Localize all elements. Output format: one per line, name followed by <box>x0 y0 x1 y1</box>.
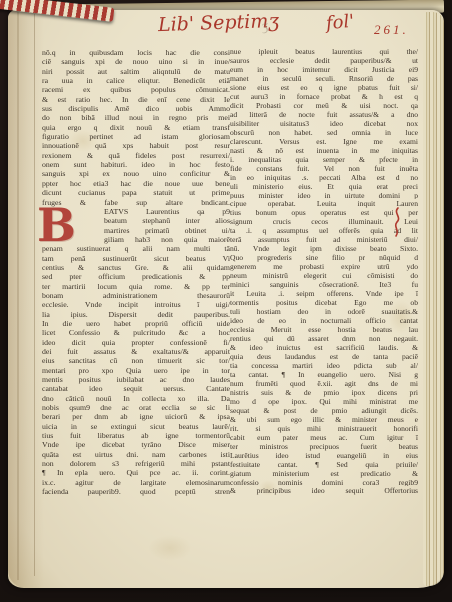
text-line: sanguis xpi ex nouo uino conficitur & <box>42 169 230 178</box>
text-line: tia concessa martiri ideo pdicta sub al/ <box>230 361 418 370</box>
text-line: & ubi sum ego illic & minister meus e <box>230 415 418 424</box>
text-line: mentis positus iubilabat ac dno laudes <box>42 375 230 384</box>
text-line: ciē sanguis xpi de nouo uino si in inue/ <box>42 57 230 66</box>
margin-flourish-icon <box>390 206 404 243</box>
text-line: racemi ex quibus populus cōmunicat. <box>42 85 230 94</box>
text-line: sione eius est eo q igne pbatus fuit si/ <box>230 83 418 92</box>
book-page: Lib' Septimʒ ʒ fol' 261. nō.q in quibusd… <box>8 10 444 588</box>
text-line: cabit eum pater meus ac. Cum igitur ī <box>230 433 418 442</box>
text-line: nue ipleuit beatus laurentius qui the/ <box>230 47 418 56</box>
text-line: ppter hoc etia3 hac die noue uue bene <box>42 179 230 188</box>
folio-label: fol' <box>325 11 355 34</box>
text-line: niri possit aut saltim aliqntulū de matu <box>42 67 230 76</box>
text-line: sauros ecclesie dedit pauperibus/& ut <box>230 56 418 65</box>
text-line: neum ministrū elegerit cui cōmisisti do <box>230 271 418 280</box>
text-line: centius & sanctus Gre. & alii quidam <box>42 263 230 272</box>
left-paragraph-1: nō.q in quibusdam locis hac die consiciē… <box>42 48 230 207</box>
text-line: num frumēti quod ē.xii. agit dns de mi <box>230 379 418 388</box>
text-line: facienda pauperib9. quod pceptū stren <box>42 487 230 496</box>
text-line: EATVS Laurentius qa p9 <box>104 207 230 216</box>
right-paragraph: nue ipleuit beatus laurentius qui the/sa… <box>230 47 418 495</box>
text-line: tius fuit liberatus ab igne tormentorū <box>42 431 230 440</box>
text-line: rit. si quis mihi ministrauerit honorifi <box>230 424 418 433</box>
text-column-left: nō.q in quibusdam locis hac die consiciē… <box>42 48 230 497</box>
text-line: cut auru3 in fornace probat & h est q <box>230 92 418 101</box>
book-photo: Lib' Septimʒ ʒ fol' 261. nō.q in quibusd… <box>0 0 452 602</box>
text-line: mentari pro xpo Quia uero ipe in tor <box>42 366 230 375</box>
text-line: Quo progrederis sine filio pr nūquid d <box>230 253 418 262</box>
text-line: generem me probasti expire utrū ydo <box>230 262 418 271</box>
text-line: nistris suis & de pmio ipox dicens pri <box>230 388 418 397</box>
text-line: eum in hoc imitemur dicit Justicia ei9 <box>230 65 418 74</box>
text-line: eius sanctitas cū non timuerit sic tor/ <box>42 356 230 365</box>
folio-number: 261. <box>374 22 409 38</box>
text-line: mo d ope ipox. Qui mihi ministrat me <box>230 397 418 406</box>
text-line: cantabat ideo sequit uersus. Cantate <box>42 384 230 393</box>
text-line: i. inequalitas quia semper & pfecte in <box>230 155 418 164</box>
text-line: ra uua in calice eliqtur. Benedicūt etiā <box>42 76 230 85</box>
text-line: ecclesia Meruit esse hostia beatus lau <box>230 325 418 334</box>
text-line: lia ipius. Dispersit dedit pauperibus. <box>42 310 230 319</box>
text-line: & ideo inuictus est sacrificiū laudis. & <box>230 343 418 352</box>
paper-stain <box>148 535 192 561</box>
text-line: festiuitate cantat. ¶ Sed quia priuile/ <box>230 460 418 469</box>
text-line: rexionem & quā fideles post resurrexi/ <box>42 151 230 160</box>
text-line: uicia in se extingui sicut beatus laurē/ <box>42 422 230 431</box>
text-line: clarescunt. Versus est. Igne me exami <box>230 137 418 146</box>
text-line: nobis qsum9 dne ac orat ecclia se sic li <box>42 403 230 412</box>
text-line: martires primatū obtinet ui/ <box>104 226 230 235</box>
text-line: ecclesie. Vnde incipit introitus ī uigi/ <box>42 300 230 309</box>
text-line: ter ministros precipuos fuerit beatus <box>230 442 418 451</box>
text-line: & principibus ideo sequit Offertorius <box>230 486 418 495</box>
gutter-shadow <box>8 10 44 588</box>
text-line: obscurū non habet. sed omnia in luce <box>230 128 418 137</box>
text-line: giliam hab3 non quia maiorē <box>104 235 230 244</box>
text-line: ta cantat. ¶ In euangelio uero. Nisi g <box>230 370 418 379</box>
text-line: giatum ministerium est predicatio & <box>230 469 418 478</box>
text-line: fide constans fuit. Vel non fuit inuēta <box>230 164 418 173</box>
text-line: Laurētius ideo istud euangeliū in eius <box>230 451 418 460</box>
text-line: nō.q in quibusdam locis hac die consi <box>42 48 230 57</box>
text-line: In die uero habet propriū officiū uide <box>42 319 230 328</box>
text-line: quia ergo q dixit nouū & etiam transf <box>42 123 230 132</box>
gutter-crease-line <box>34 14 35 576</box>
text-line: ter martirii locum quia rome. & pp ter <box>42 282 230 291</box>
spine-edge-line <box>17 12 19 580</box>
text-line: dei fuit assatus & exaltatus/& apparuit <box>42 347 230 356</box>
text-line: rentius qui dū assaret dnm non negauit. <box>230 334 418 343</box>
text-line: confessio nominis domini cora3 regib9 <box>230 478 418 487</box>
drop-cap-section: B EATVS Laurentius qa p9beatum stephanū … <box>42 207 230 244</box>
text-line: & est ratio hec. In die enī cene dixit I… <box>42 95 230 104</box>
text-column-right: nue ipleuit beatus laurentius qui the/sa… <box>230 47 418 495</box>
text-line: licet Confessio & pulcritudo &c a hoc <box>42 328 230 337</box>
text-line: berari per dnm ab igne uiciorū & ipsa <box>42 412 230 421</box>
text-line: manet in seculū seculi. Rnsoriū de pas <box>230 74 418 83</box>
text-line: sed pter officium predicationis & pp <box>42 272 230 281</box>
text-line: quāta est uirtus dni. nam carbones isti <box>42 450 230 459</box>
text-line: tam penā sustinuerūt sicut beatus Vi <box>42 254 230 263</box>
text-line: ideo de eo in nocturnali officio cantat <box>230 316 418 325</box>
text-line: ix.c. agitur de largitate elemosinarum <box>42 478 230 487</box>
text-line: minici sanguinis cōsecrationē. Ite3 fu <box>230 280 418 289</box>
text-line: dno cāticū nouū In collecta xo illa. Da <box>42 394 230 403</box>
text-line: innouationē quā xps habuit post resur <box>42 141 230 150</box>
text-line: in eo iniquitas .s. peccati Alba est d n… <box>230 173 418 182</box>
text-line: nū. Vnde legit ipm dixisse beato Sixto. <box>230 244 418 253</box>
text-line: quia deus laudandus est de tanta paciē <box>230 352 418 361</box>
text-line: do non bibā illud noui in regno pris mei <box>42 113 230 122</box>
text-line: sus discipulis Amē dico uobis Ammo <box>42 104 230 113</box>
text-line: non dolorem s3 refrigeriū mihi pstant <box>42 459 230 468</box>
text-line: onem sunt habituri. ideo in hoc festo <box>42 160 230 169</box>
text-line: bonam administrationem thesaurorū <box>42 291 230 300</box>
left-paragraph-2: penam sustinuerat q alii nam multi tātam… <box>42 244 230 496</box>
text-line: ¶ In epla uero. Qui pce ac. ii. corint. <box>42 468 230 477</box>
text-line: figuratio pertinet ad istam gloriosam <box>42 132 230 141</box>
text-line: Vnde ipe dicebat tyrāno Disce miser <box>42 440 230 449</box>
text-line: tormentis positus dicebat Ego me ob <box>230 298 418 307</box>
rubricated-initial-B: B <box>37 204 99 246</box>
text-line: puus minister ideo in uirtute domini p <box>230 191 418 200</box>
text-line: nasti & nō est inuenta in me iniquitas <box>230 146 418 155</box>
text-line: sequat & post de pmio adiungit dicēs. <box>230 406 418 415</box>
text-line: dicit Probasti cor meū & uisi noct. qa <box>230 101 418 110</box>
text-line: ad litterā de nocte fuit assatus/& a dno <box>230 110 418 119</box>
text-line: uisibiliter uisitatus3 ideo dicebat nox <box>230 119 418 128</box>
text-line: dicunt cucianus papa statuit ut prime <box>42 188 230 197</box>
text-line: uli ministerio eius. Et quia erat preci <box>230 182 418 191</box>
text-line: it Leuita .i. seipm offerens. Vnde ipe ī <box>230 289 418 298</box>
text-line: ideo dicit quia propter confessionē fi/ <box>42 338 230 347</box>
text-line: tuli hostiam deo in odorē suauitatis.& <box>230 307 418 316</box>
text-line: beatum stephanū inter alios <box>104 216 230 225</box>
fore-edge-page-stack <box>423 12 444 586</box>
